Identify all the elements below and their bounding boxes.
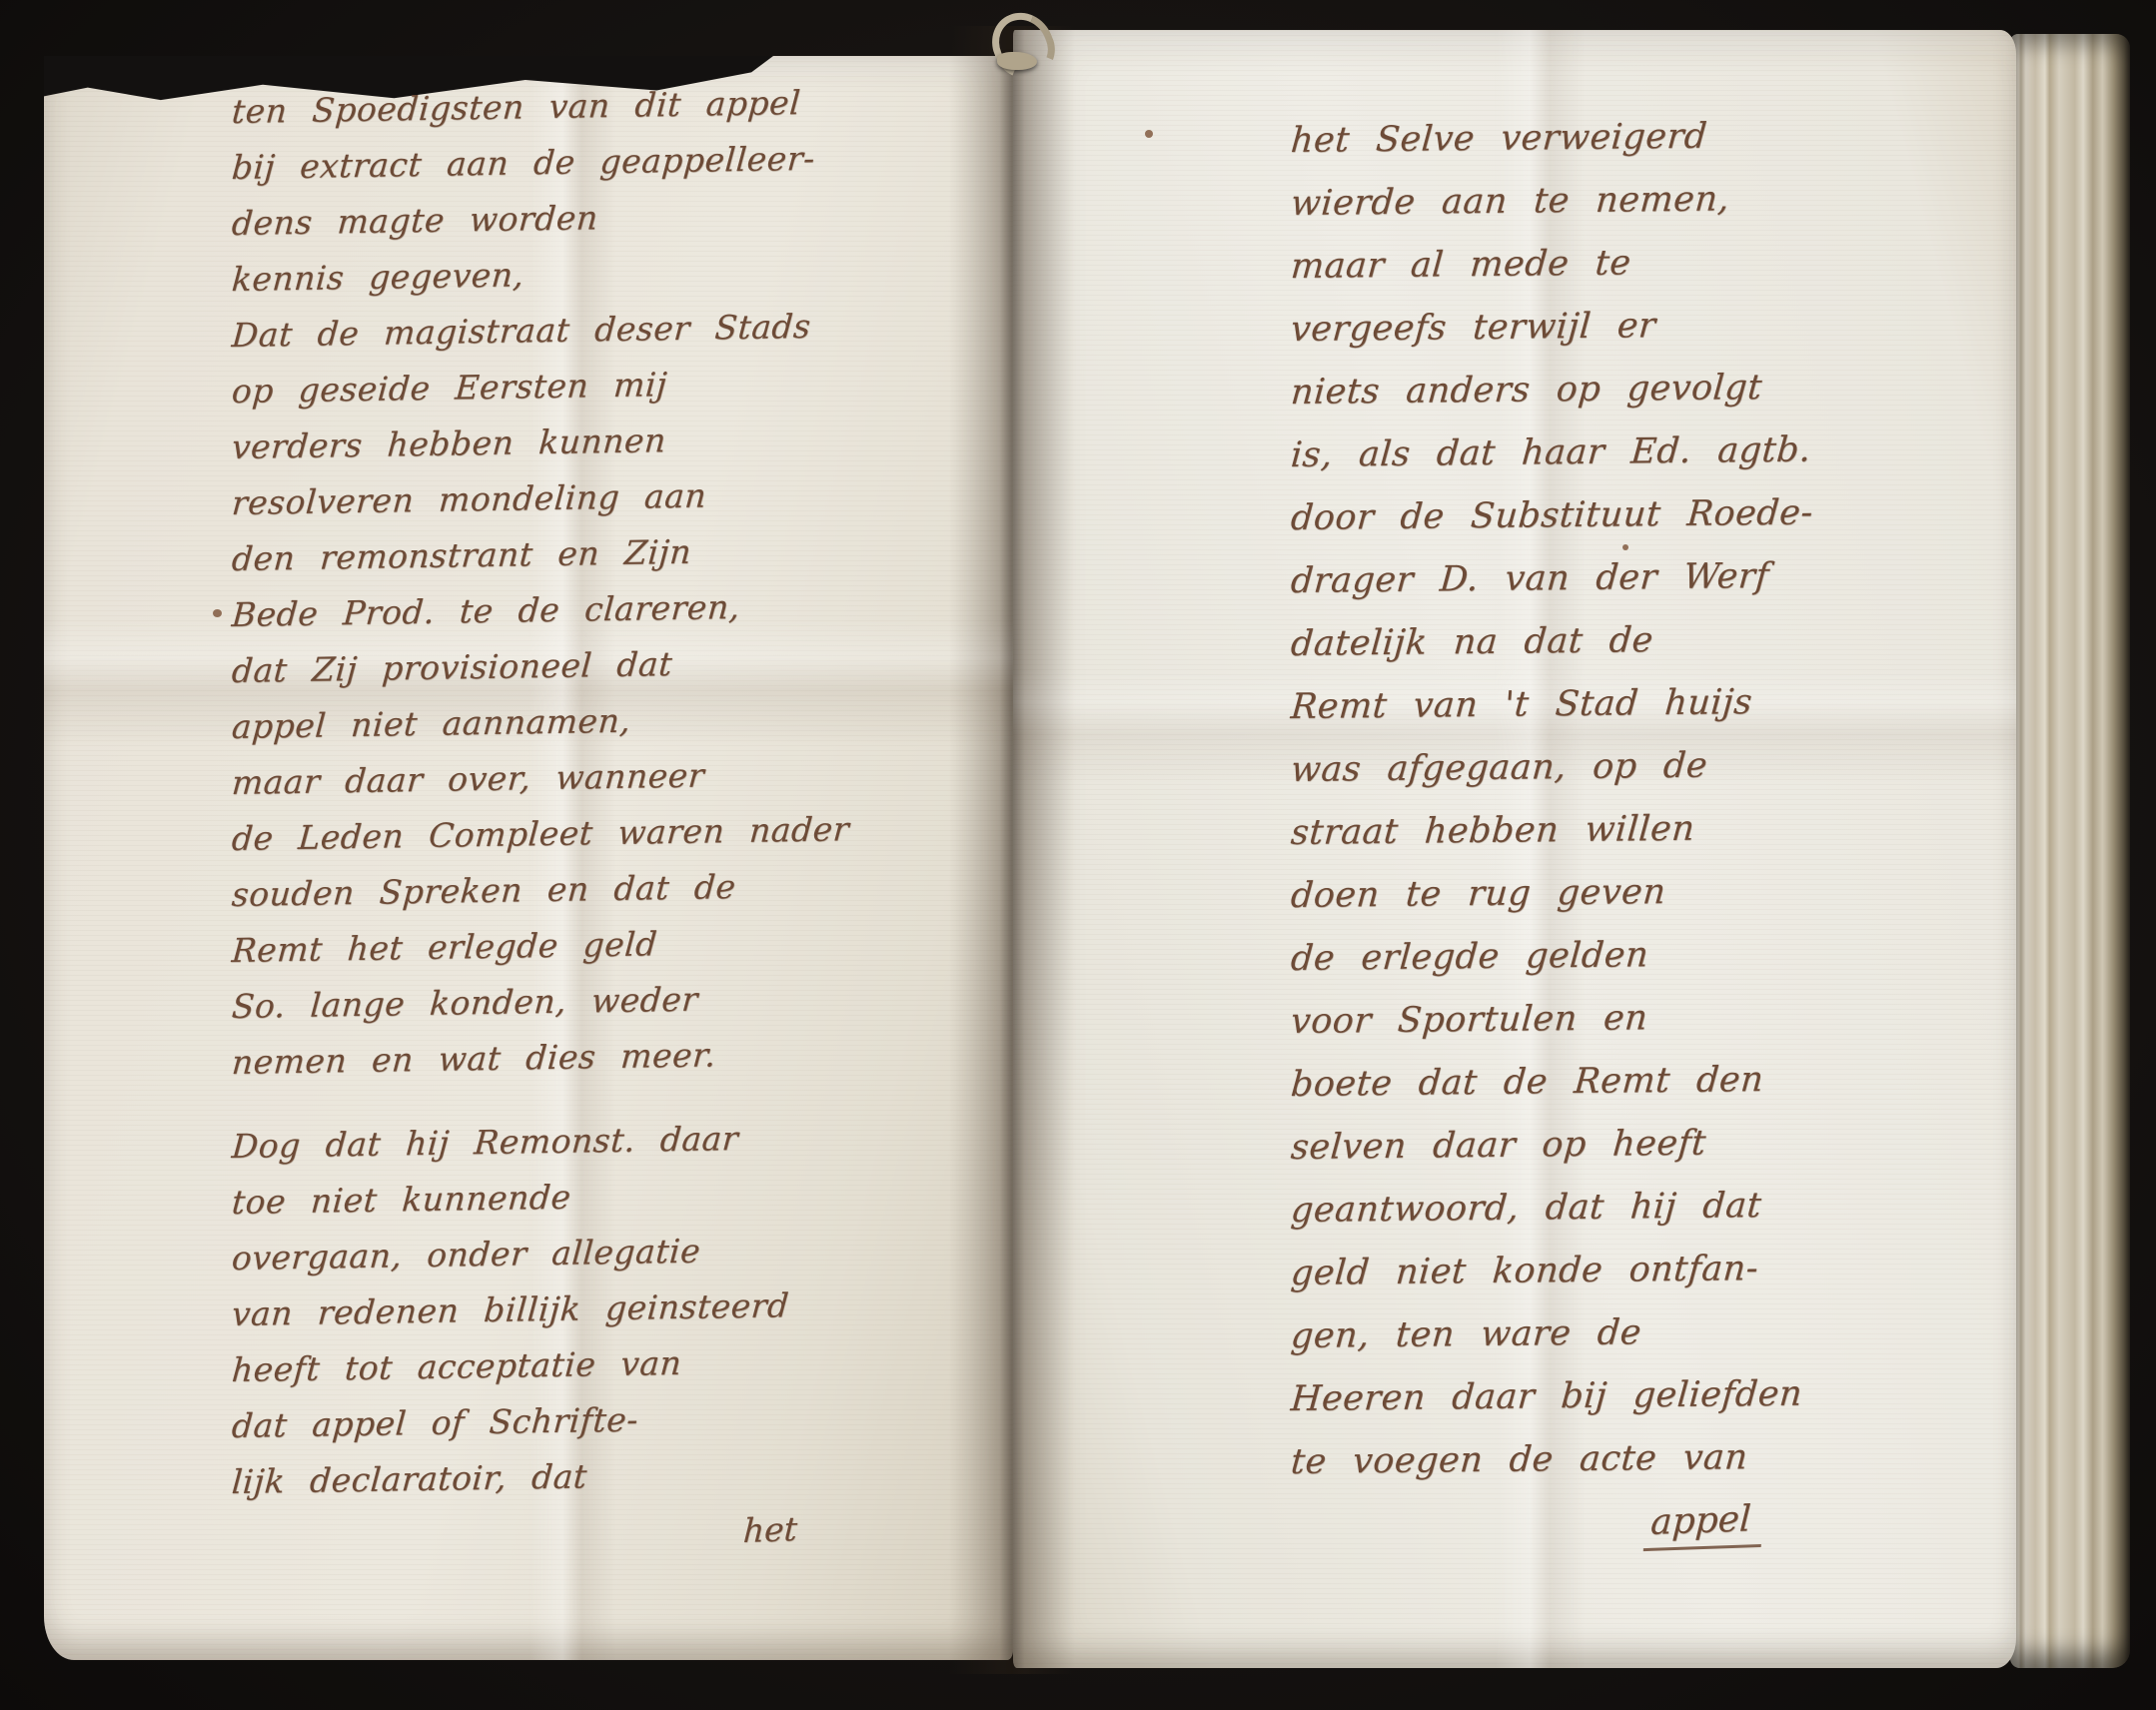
manuscript-line: wierde aan te nemen, [1289, 165, 2063, 236]
ink-spot [1145, 130, 1153, 138]
manuscript-line: selven daar op heeft [1289, 1109, 2063, 1180]
binding-thread [985, 8, 1051, 70]
manuscript-line: boete dat de Remt den [1289, 1046, 2063, 1117]
manuscript-line: is, als dat haar Ed. agtb. [1289, 417, 2063, 487]
binding-thread-knot [997, 52, 1037, 70]
ink-spot [1622, 544, 1628, 550]
manuscript-line: vergeefs terwijl er [1289, 291, 2063, 362]
manuscript-line: voor Sportulen en [1289, 983, 2063, 1054]
manuscript-line: was afgegaan, op de [1289, 731, 2063, 802]
ink-spot [213, 609, 222, 617]
manuscript-line: lijk declaratoir, dat [230, 1441, 1033, 1510]
manuscript-photo: ten Spoedigsten van dit appel bij extrac… [0, 0, 2156, 1710]
manuscript-line: maar al mede te [1289, 228, 2063, 299]
manuscript-line: gen, ten ware de [1289, 1297, 2063, 1368]
manuscript-line: drager D. van der Werf [1289, 542, 2063, 613]
manuscript-line: doen te rug geven [1289, 857, 2063, 928]
manuscript-line: het Selve verweigerd [1289, 102, 2063, 173]
manuscript-line: te voegen de acte van [1289, 1423, 2063, 1494]
manuscript-line: geantwoord, dat hij dat [1289, 1172, 2063, 1243]
manuscript-line: de erlegde gelden [1289, 920, 2063, 991]
manuscript-line: Remt van 't Stad huijs [1289, 668, 2063, 739]
left-page-text: ten Spoedigsten van dit appel bij extrac… [232, 84, 1031, 1510]
left-page-catchword: het [742, 1509, 798, 1550]
manuscript-line: nemen en wat dies meer. [230, 1022, 1033, 1091]
manuscript-line: datelijk na dat de [1289, 605, 2063, 676]
manuscript-line: door de Substituut Roede- [1289, 479, 2063, 550]
manuscript-line: Heeren daar bij geliefden [1289, 1360, 2063, 1431]
manuscript-line: geld niet konde ontfan- [1289, 1235, 2063, 1305]
right-page-text: het Selve verweigerd wierde aan te nemen… [1291, 110, 2060, 1494]
manuscript-line: straat hebben willen [1289, 794, 2063, 865]
right-page-catchword: appel [1643, 1498, 1764, 1551]
manuscript-line: niets anders op gevolgt [1289, 354, 2063, 425]
